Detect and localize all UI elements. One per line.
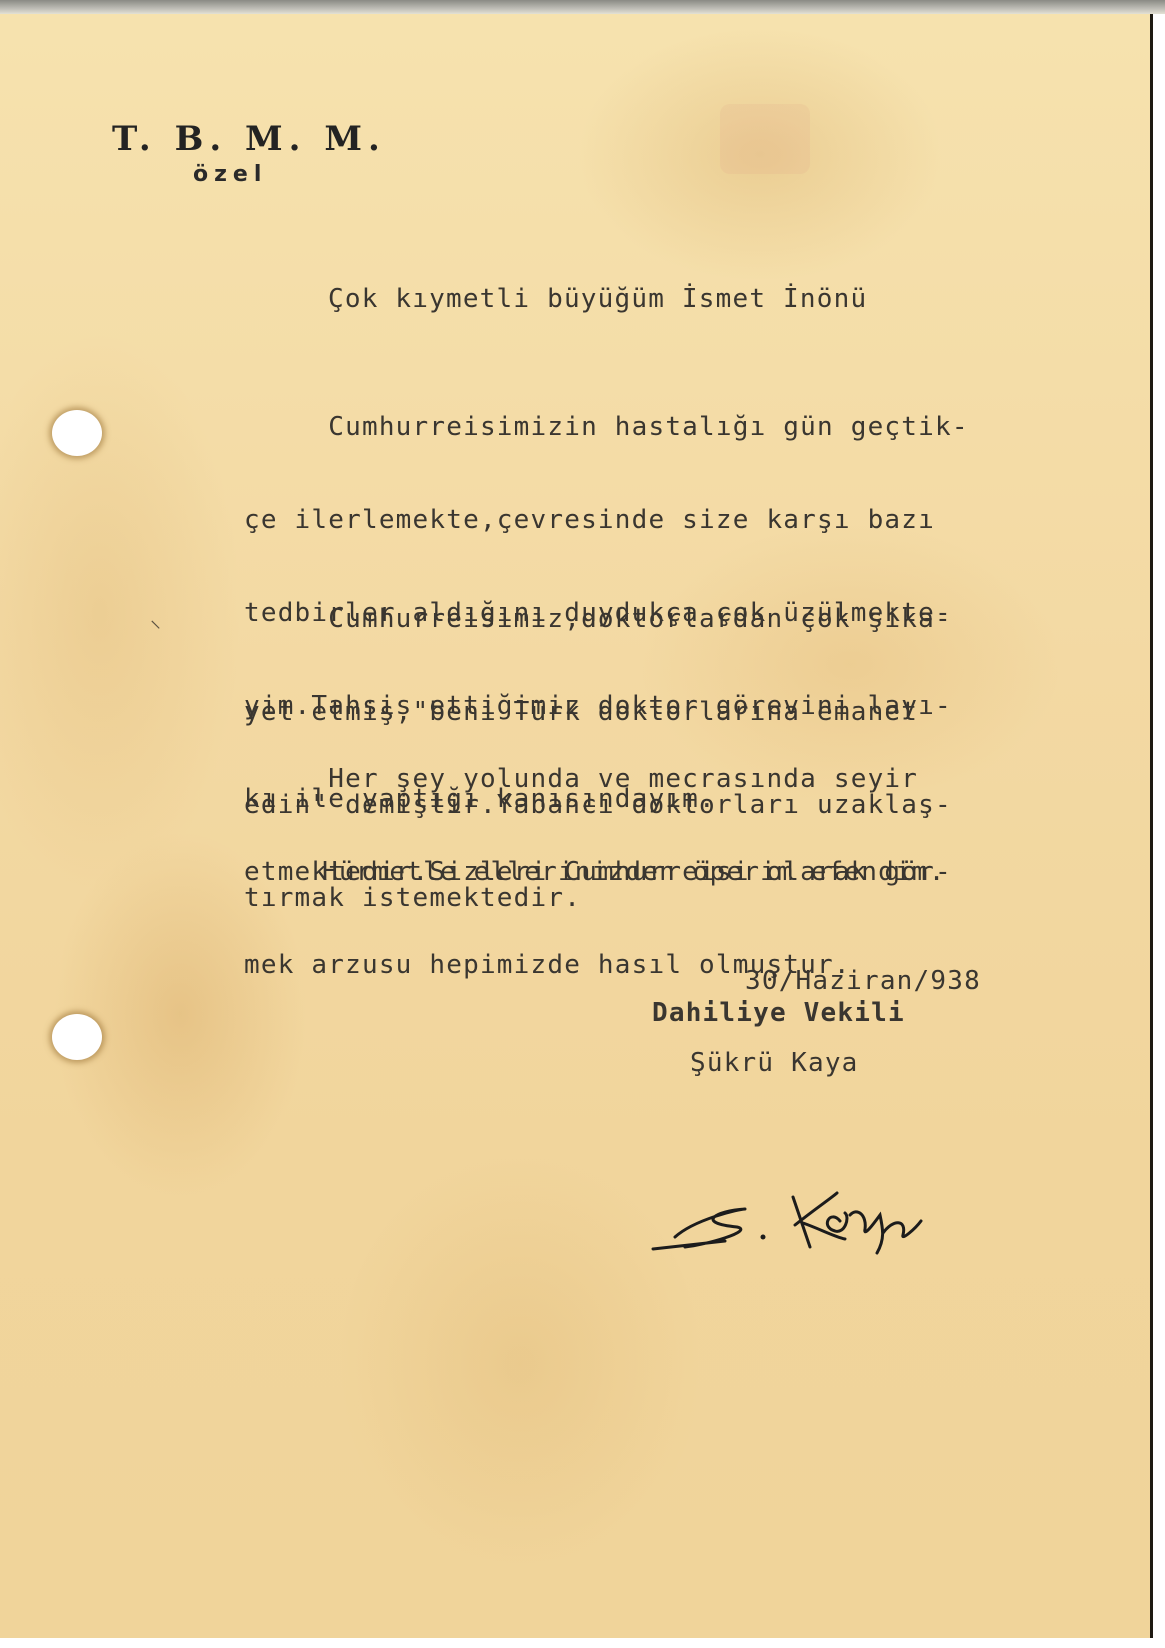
punch-hole [52,410,102,456]
line: Cumhurreisimizin hastalığı gün geçtik- [244,412,969,443]
sender-name: Şükrü Kaya [690,1048,859,1079]
closing-line: Hürmetle ellerinizden öperim efendim. [322,857,946,888]
letterhead-institution: T. B. M. M. [112,119,386,159]
line: Cumhurreisimiz,doktorlardan çok şika- [244,604,952,635]
line: çe ilerlemekte,çevresinde size karşı baz… [244,505,969,536]
salutation: Çok kıymetli büyüğüm İsmet İnönü [328,284,867,315]
line: Her şey yolunda ve mecrasında seyir [244,764,952,795]
letter-page: T. B. M. M. özel Çok kıymetli büyüğüm İs… [0,14,1153,1638]
handwritten-signature: Ş. Kaya [645,1179,945,1269]
punch-hole [52,1014,102,1060]
scan-top-edge [0,0,1165,14]
classification-label: özel [193,162,267,187]
margin-mark: ⸜ [150,604,161,634]
sender-title: Dahiliye Vekili [652,998,905,1029]
letter-date: 30/Haziran/938 [745,966,981,997]
faded-stamp [720,104,810,174]
